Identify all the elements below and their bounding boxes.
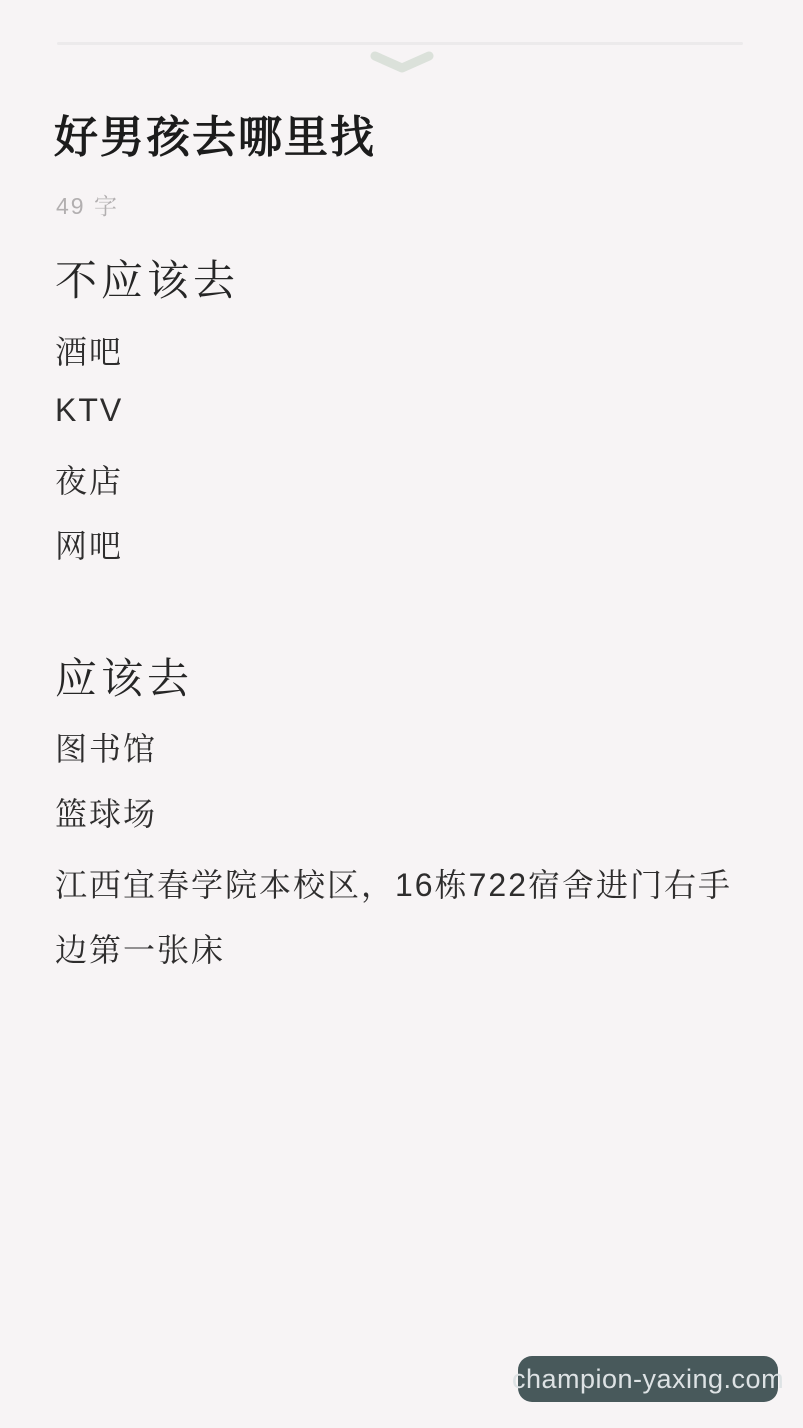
- note-line: 篮球场: [55, 789, 157, 835]
- section-heading-should-go: 应该去: [55, 646, 193, 706]
- note-line: KTV: [55, 392, 123, 429]
- note-line: 江西宜春学院本校区，16栋722宿舍进门右手边第一张床: [55, 853, 737, 983]
- watermark-badge: champion-yaxing.com: [518, 1356, 778, 1402]
- chevron-down-icon: [369, 63, 435, 80]
- note-line: 网吧: [55, 521, 123, 567]
- collapse-handle[interactable]: [369, 50, 435, 76]
- watermark-text: champion-yaxing.com: [512, 1364, 784, 1395]
- section-heading-avoid: 不应该去: [55, 248, 239, 308]
- char-count: 49 字: [56, 188, 119, 221]
- note-line: 图书馆: [55, 724, 157, 770]
- note-title: 好男孩去哪里找: [54, 101, 376, 165]
- note-page: 好男孩去哪里找 49 字 不应该去 酒吧 KTV 夜店 网吧 应该去 图书馆 篮…: [0, 0, 803, 1428]
- note-line: 酒吧: [55, 327, 123, 373]
- note-line: 夜店: [55, 456, 123, 502]
- top-divider: [57, 42, 743, 45]
